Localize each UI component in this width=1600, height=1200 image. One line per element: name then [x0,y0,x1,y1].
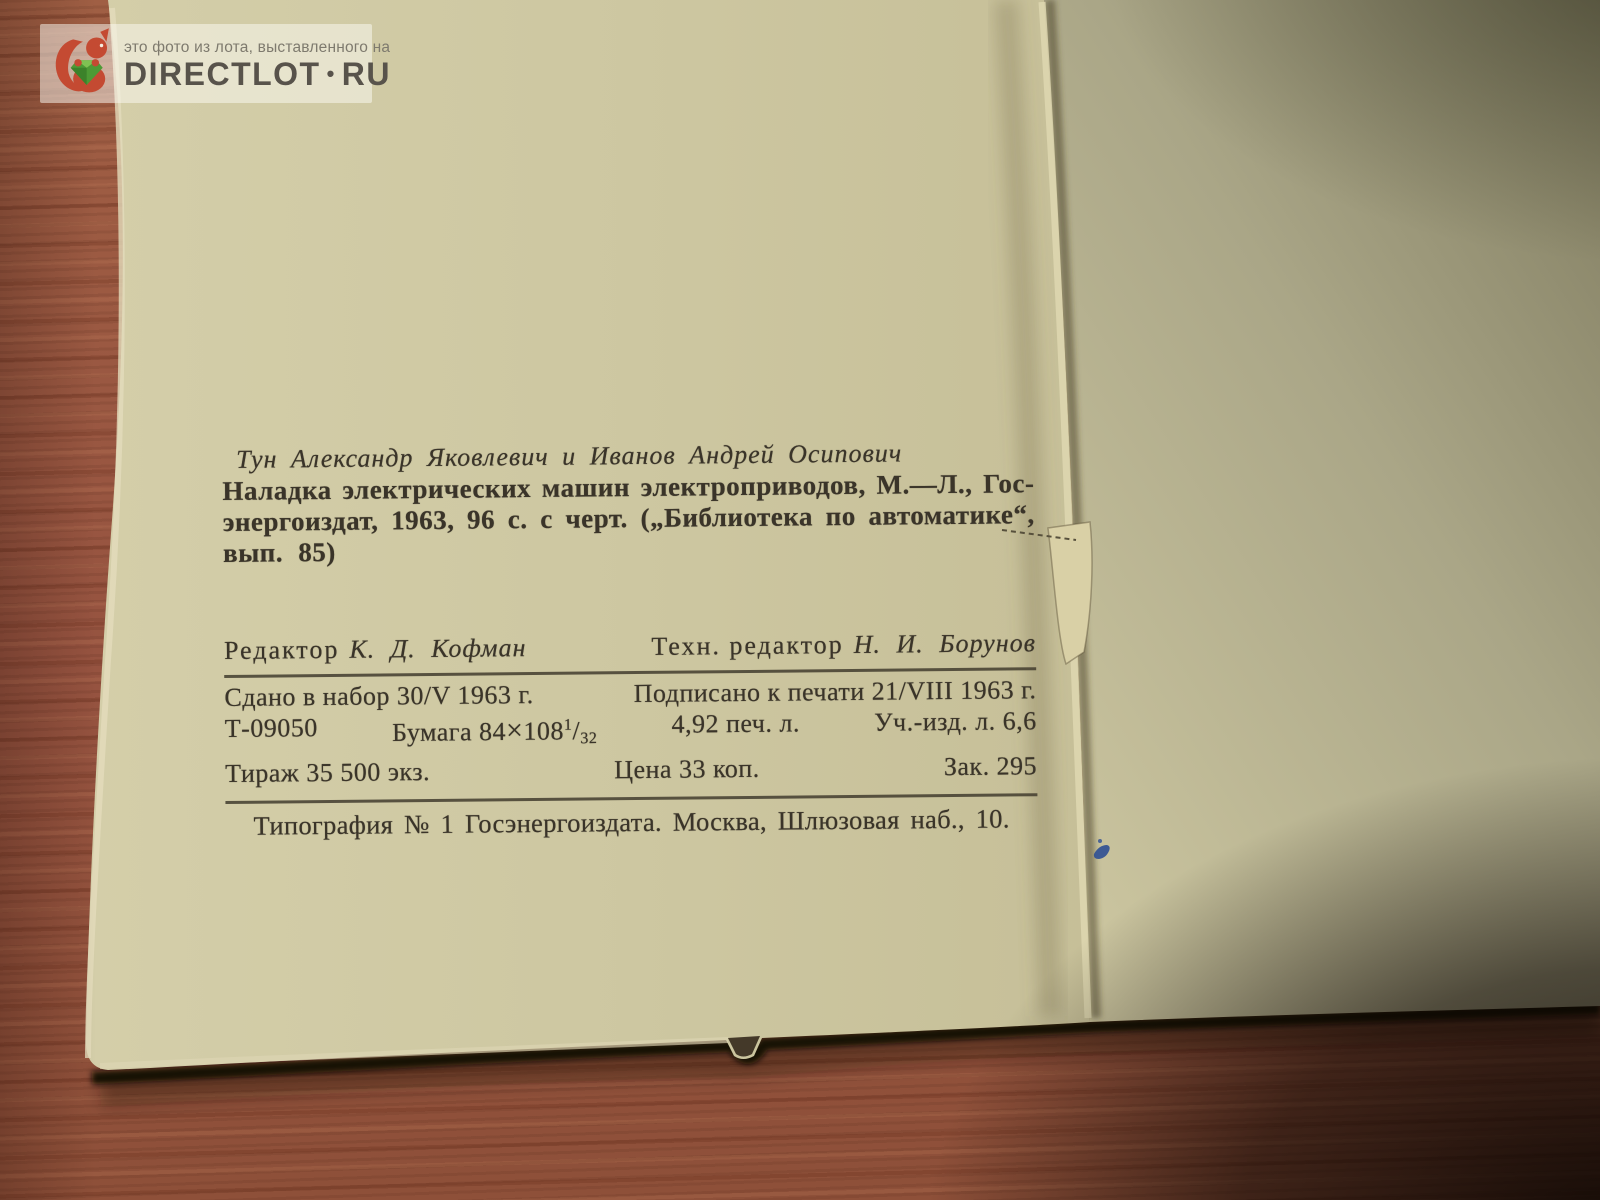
order-number: Зак. 295 [944,750,1037,782]
print-run: Тираж 35 500 экз. [225,756,430,789]
multiply-sign: × [506,714,524,747]
print-date: Подписано к печати 21/VIII 1963 г. [634,674,1037,709]
editor-left: РедакторК. Д. Кофман [224,632,527,667]
watermark-text: это фото из лота, выставленного на DIREC… [124,39,391,89]
editor-right: Техн. редакторН. И. Борунов [651,627,1036,663]
printed-sheets: 4,92 печ. л. [671,707,800,753]
blue-ink-dot [1098,839,1102,843]
price: Цена 33 коп. [614,753,760,785]
editors-row: РедакторК. Д. Кофман Техн. редакторН. И.… [224,627,1036,667]
squirrel-logo-icon [45,27,121,101]
paper-format: Бумага 84×1081/32 [392,709,598,756]
watermark-site-name: DIRECTLOT • RU [124,59,391,89]
typeset-date: Сдано в набор 30/V 1963 г. [224,679,534,713]
accounting-sheets: Уч.-изд. л. 6,6 [874,705,1037,751]
imprint-row-3: Тираж 35 500 экз. Цена 33 коп. Зак. 295 [225,750,1037,789]
order-code: Т-09050 [225,712,318,758]
directlot-watermark: это фото из лота, выставленного на DIREC… [40,24,372,103]
book-photo-scene: Тун Александр Яковлевич и Иванов Андрей … [0,0,1600,1200]
right-page [1044,0,1600,1022]
colophon-text-block: Тун Александр Яковлевич и Иванов Андрей … [222,436,1038,841]
imprint-row-2: Т-09050 Бумага 84×1081/32 4,92 печ. л. У… [225,705,1037,757]
watermark-tagline: это фото из лота, выставленного на [124,39,391,57]
dot-separator-icon: • [327,59,336,89]
